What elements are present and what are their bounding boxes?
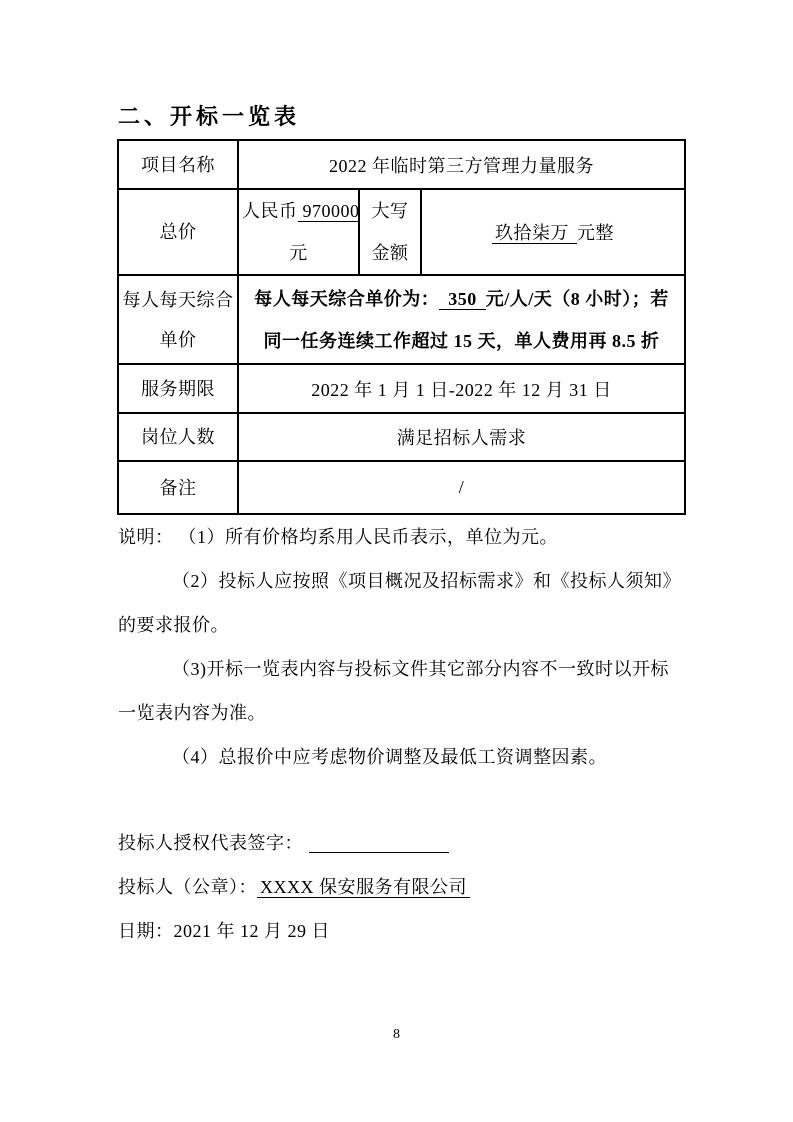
project-name-value: 2022 年临时第三方管理力量服务 <box>238 140 685 189</box>
signature-blank-line <box>309 834 449 853</box>
remarks-value: / <box>238 461 685 514</box>
bidder-seal-label: 投标人（公章）： <box>118 877 257 897</box>
capital-amount-label: 大写金额 <box>359 189 421 275</box>
unit-price-content: 每人每天综合单价为：350元/人/天（8 小时）；若 同一任务连续工作超过 15… <box>238 275 685 364</box>
staff-count-value: 满足招标人需求 <box>238 413 685 461</box>
table-row-project: 项目名称 2022 年临时第三方管理力量服务 <box>118 140 685 189</box>
bid-opening-table: 项目名称 2022 年临时第三方管理力量服务 总价 人民币970000 元 大写… <box>117 139 686 515</box>
table-row-service-period: 服务期限 2022 年 1 月 1 日-2022 年 12 月 31 日 <box>118 364 685 413</box>
total-price-numeric-cell: 人民币970000 元 <box>238 189 359 275</box>
unit-price-suffix: 元/人/天（8 小时）；若 <box>486 289 669 309</box>
unit-price-value: 350 <box>439 289 486 310</box>
note-3-line2: 一览表内容为准。 <box>118 691 678 735</box>
table-row-unit-price: 每人每天综合单价 每人每天综合单价为：350元/人/天（8 小时）；若 同一任务… <box>118 275 685 364</box>
total-price-numeric-value: 970000 <box>298 201 360 222</box>
authorized-rep-label: 投标人授权代表签字： <box>118 833 303 853</box>
capital-amount-value: 玖拾柒万 <box>492 223 577 244</box>
page-title: 二、开标一览表 <box>118 100 300 131</box>
project-name-label: 项目名称 <box>118 140 238 189</box>
remarks-label: 备注 <box>118 461 238 514</box>
note-2-line1: （2）投标人应按照《项目概况及招标需求》和《投标人须知》 <box>118 559 678 603</box>
bidder-seal-line: 投标人（公章）：XXXX 保安服务有限公司 <box>118 865 678 909</box>
total-price-label: 总价 <box>118 189 238 275</box>
currency-unit: 元 <box>242 232 355 274</box>
table-row-staff-count: 岗位人数 满足招标人需求 <box>118 413 685 461</box>
note-2-line2: 的要求报价。 <box>118 603 678 647</box>
service-period-label: 服务期限 <box>118 364 238 413</box>
document-page: 二、开标一览表 项目名称 2022 年临时第三方管理力量服务 总价 人民币970… <box>0 0 793 1122</box>
unit-price-label: 每人每天综合单价 <box>118 275 238 364</box>
staff-count-label: 岗位人数 <box>118 413 238 461</box>
signature-section: 投标人授权代表签字： 投标人（公章）：XXXX 保安服务有限公司 日期：2021… <box>118 821 678 953</box>
service-period-value: 2022 年 1 月 1 日-2022 年 12 月 31 日 <box>238 364 685 413</box>
table-row-remarks: 备注 / <box>118 461 685 514</box>
bidder-name: XXXX 保安服务有限公司 <box>257 877 470 898</box>
note-4: （4）总报价中应考虑物价调整及最低工资调整因素。 <box>118 735 678 779</box>
capital-amount-suffix: 元整 <box>577 223 614 243</box>
authorized-rep-signature-line: 投标人授权代表签字： <box>118 821 678 865</box>
table-row-total-price: 总价 人民币970000 元 大写金额 玖拾柒万元整 <box>118 189 685 275</box>
note-1: 说明： （1）所有价格均系用人民币表示，单位为元。 <box>118 515 678 559</box>
capital-amount-cell: 玖拾柒万元整 <box>421 189 685 275</box>
unit-price-prefix: 每人每天综合单价为： <box>254 289 439 309</box>
page-number: 8 <box>0 1027 793 1043</box>
currency-prefix: 人民币 <box>242 201 298 221</box>
date-line: 日期：2021 年 12 月 29 日 <box>118 909 678 953</box>
unit-price-line2: 同一任务连续工作超过 15 天，单人费用再 8.5 折 <box>242 320 681 362</box>
notes-section: 说明： （1）所有价格均系用人民币表示，单位为元。 （2）投标人应按照《项目概况… <box>118 515 678 779</box>
note-3-line1: （3)开标一览表内容与投标文件其它部分内容不一致时以开标 <box>118 647 678 691</box>
